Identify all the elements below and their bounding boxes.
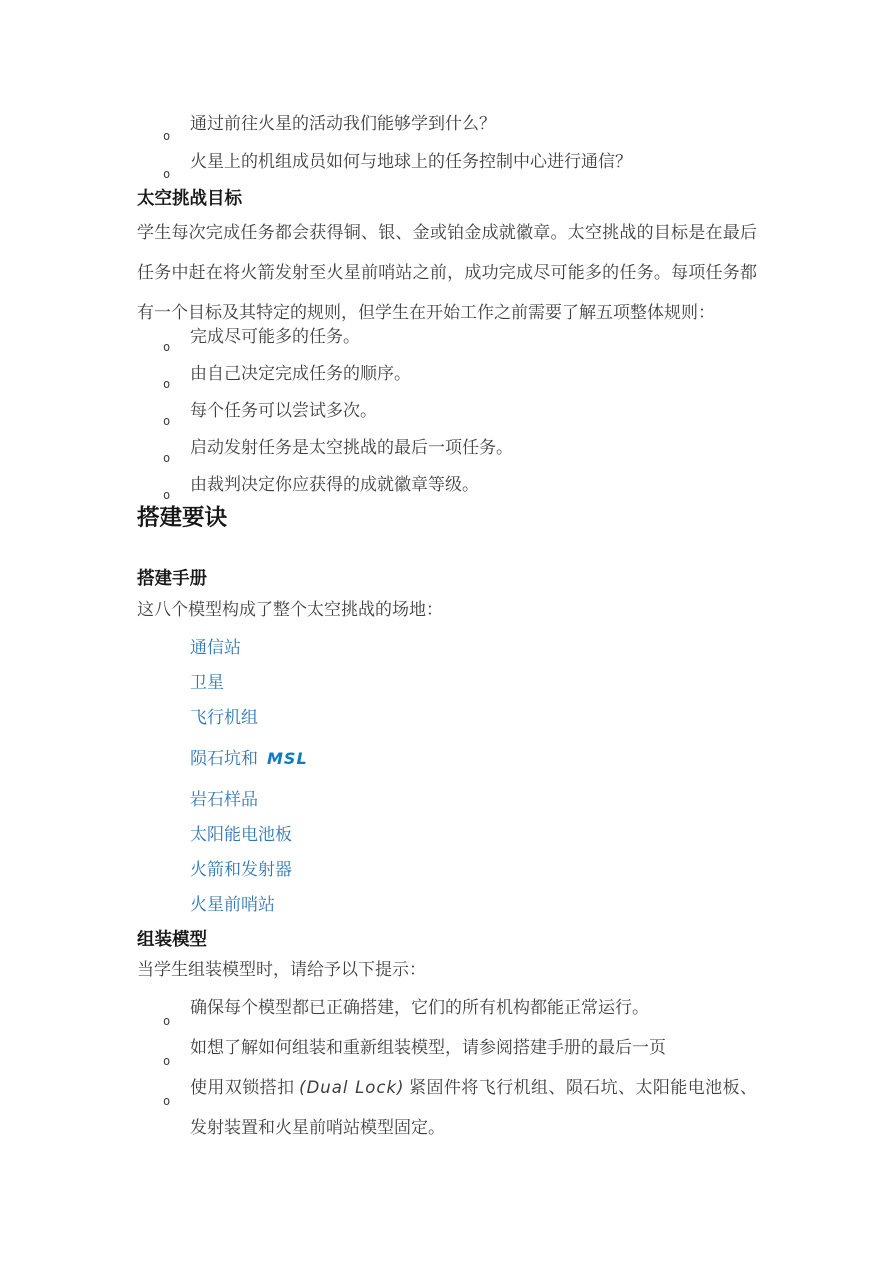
list-item: o 通过前往火星的活动我们能够学到什么？ — [137, 105, 757, 143]
rule-text: 由自己决定完成任务的顺序。 — [190, 364, 411, 383]
assembly-intro: 当学生组装模型时，请给予以下提示： — [137, 956, 757, 984]
rule-text: 完成尽可能多的任务。 — [190, 327, 360, 346]
link-rocket-and-launcher[interactable]: 火箭和发射器 — [190, 860, 292, 879]
list-item: o 由自己决定完成任务的顺序。 — [137, 355, 757, 392]
link-communication-station[interactable]: 通信站 — [190, 638, 241, 657]
list-item: o 由裁判决定你应获得的成就徽章等级。 — [137, 466, 757, 503]
build-manual-heading: 搭建手册 — [137, 564, 757, 592]
list-item: o 启动发射任务是太空挑战的最后一项任务。 — [137, 429, 757, 466]
list-item: o 如想了解如何组装和重新组装模型，请参阅搭建手册的最后一页 — [137, 1028, 757, 1068]
goals-heading: 太空挑战目标 — [137, 186, 757, 210]
bullet-marker: o — [163, 1081, 170, 1121]
question-text: 通过前往火星的活动我们能够学到什么？ — [190, 114, 496, 133]
list-item: 通信站 — [190, 630, 810, 665]
link-label-latin: MSL — [267, 749, 308, 768]
link-solar-panels[interactable]: 太阳能电池板 — [190, 825, 292, 844]
list-item: 火星前哨站 — [190, 887, 810, 922]
list-item: 岩石样品 — [190, 782, 810, 817]
list-item: o 每个任务可以尝试多次。 — [137, 392, 757, 429]
link-label: 陨石坑和 — [190, 749, 258, 768]
rules-list: o 完成尽可能多的任务。 o 由自己决定完成任务的顺序。 o 每个任务可以尝试多… — [137, 318, 757, 503]
build-section-heading: 搭建要诀 — [137, 500, 757, 536]
link-satellite[interactable]: 卫星 — [190, 673, 224, 692]
list-item: o 确保每个模型都已正确搭建，它们的所有机构都能正常运行。 — [137, 988, 757, 1028]
rule-text: 启动发射任务是太空挑战的最后一项任务。 — [190, 438, 513, 457]
tip-text: 使用双锁搭扣 — [190, 1078, 299, 1097]
assembly-heading: 组装模型 — [137, 925, 757, 953]
list-item: o 使用双锁搭扣 (Dual Lock) 紧固件将飞行机组、陨石坑、太阳能电池板… — [137, 1068, 757, 1148]
intro-question-list: o 通过前往火星的活动我们能够学到什么？ o 火星上的机组成员如何与地球上的任务… — [137, 105, 757, 181]
list-item: 卫星 — [190, 665, 810, 700]
list-item: 太阳能电池板 — [190, 817, 810, 852]
tip-text: 如想了解如何组装和重新组装模型，请参阅搭建手册的最后一页 — [190, 1038, 666, 1057]
question-text: 火星上的机组成员如何与地球上的任务控制中心进行通信？ — [190, 152, 632, 171]
link-mars-outpost[interactable]: 火星前哨站 — [190, 895, 275, 914]
build-manual-intro: 这八个模型构成了整个太空挑战的场地： — [137, 596, 757, 624]
model-link-list: 通信站 卫星 飞行机组 陨石坑和MSL 岩石样品 太阳能电池板 火箭和发射器 火… — [137, 630, 810, 922]
list-item: 飞行机组 — [190, 700, 810, 735]
document-page: o 通过前往火星的活动我们能够学到什么？ o 火星上的机组成员如何与地球上的任务… — [0, 0, 892, 1262]
rule-text: 由裁判决定你应获得的成就徽章等级。 — [190, 475, 479, 494]
rule-text: 每个任务可以尝试多次。 — [190, 401, 377, 420]
list-item: o 完成尽可能多的任务。 — [137, 318, 757, 355]
list-item: 陨石坑和MSL — [190, 741, 810, 776]
dual-lock-latin-text: (Dual Lock) — [299, 1078, 404, 1097]
link-rock-samples[interactable]: 岩石样品 — [190, 790, 258, 809]
goals-paragraph: 学生每次完成任务都会获得铜、银、金或铂金成就徽章。太空挑战的目标是在最后任务中赶… — [137, 213, 757, 333]
list-item: 火箭和发射器 — [190, 852, 810, 887]
list-item: o 火星上的机组成员如何与地球上的任务控制中心进行通信？ — [137, 143, 757, 181]
tip-text: 确保每个模型都已正确搭建，它们的所有机构都能正常运行。 — [190, 998, 649, 1017]
assembly-tips-list: o 确保每个模型都已正确搭建，它们的所有机构都能正常运行。 o 如想了解如何组装… — [137, 988, 757, 1148]
link-crater-and-msl[interactable]: 陨石坑和MSL — [190, 749, 308, 768]
link-flight-crew[interactable]: 飞行机组 — [190, 708, 258, 727]
